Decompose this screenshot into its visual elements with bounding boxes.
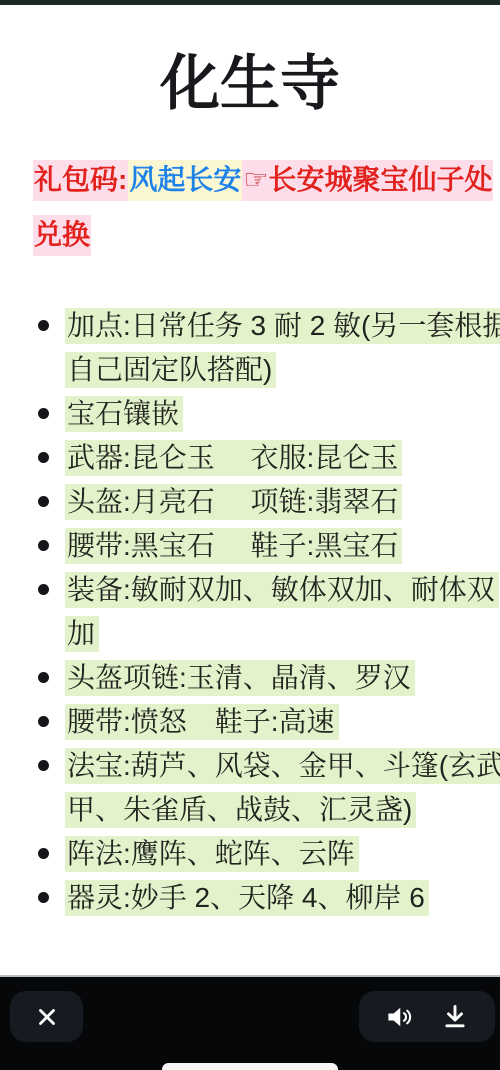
list-item: 宝石镶嵌 [38,392,500,436]
list-item: 头盔项链:玉清、晶清、罗汉 [38,656,500,700]
list-item-line: 头盔:月亮石 项链:翡翠石 [65,484,402,520]
list-item-line: 加点:日常任务 3 耐 2 敏(另一套根据 [65,308,500,344]
list-item: 法宝:葫芦、风袋、金甲、斗篷(玄武甲、朱雀盾、战鼓、汇灵盏) [38,744,500,832]
list-item-line: 甲、朱雀盾、战鼓、汇灵盏) [65,792,416,828]
volume-icon[interactable] [384,1002,414,1032]
list-item: 装备:敏耐双加、敏体双加、耐体双加 [38,568,500,656]
list-item: 腰带:愤怒 鞋子:高速 [38,700,500,744]
list-item-line: 武器:昆仑玉 衣服:昆仑玉 [65,440,402,476]
list-item-line: 法宝:葫芦、风袋、金甲、斗篷(玄武 [65,748,500,784]
gift-code-line-1: 礼包码:风起长安☞长安城聚宝仙子处 [33,152,500,207]
gift-code-location: 长安城聚宝仙子处 [268,164,492,195]
close-icon [34,1004,60,1030]
close-button[interactable] [10,991,83,1042]
list-item: 武器:昆仑玉 衣服:昆仑玉 [38,436,500,480]
screenshot-root: 化生寺 礼包码:风起长安☞长安城聚宝仙子处 兑换 加点:日常任务 3 耐 2 敏… [0,0,500,1070]
list-item-line: 头盔项链:玉清、晶清、罗汉 [65,660,415,696]
bottom-bar [0,975,500,1070]
list-item-line: 装备:敏耐双加、敏体双加、耐体双 [65,572,499,608]
list-item: 加点:日常任务 3 耐 2 敏(另一套根据自己固定队搭配) [38,304,500,392]
list-item: 阵法:鹰阵、蛇阵、云阵 [38,832,500,876]
list-item: 腰带:黑宝石 鞋子:黑宝石 [38,524,500,568]
pointing-hand-icon: ☞ [243,164,268,195]
content-area: 化生寺 礼包码:风起长安☞长安城聚宝仙子处 兑换 加点:日常任务 3 耐 2 敏… [0,5,500,920]
list-item-line: 阵法:鹰阵、蛇阵、云阵 [65,836,359,872]
gift-code-label: 礼包码: [33,160,128,201]
gift-code-value: 风起长安 [128,160,242,201]
gift-code-note: 礼包码:风起长安☞长安城聚宝仙子处 兑换 [33,152,500,262]
list-item-line: 宝石镶嵌 [65,396,183,432]
gift-code-redeem: 兑换 [33,215,91,256]
list-item-line: 腰带:黑宝石 鞋子:黑宝石 [65,528,402,564]
download-icon[interactable] [440,1002,470,1032]
media-controls [359,991,495,1042]
list-item-line: 器灵:妙手 2、天降 4、柳岸 6 [65,880,429,916]
list-item-line: 加 [65,616,99,652]
gift-code-line-2: 兑换 [33,207,500,262]
notes-list: 加点:日常任务 3 耐 2 敏(另一套根据自己固定队搭配)宝石镶嵌武器:昆仑玉 … [0,304,500,920]
list-item: 器灵:妙手 2、天降 4、柳岸 6 [38,876,500,920]
home-indicator[interactable] [162,1063,338,1070]
page-title: 化生寺 [0,49,500,119]
list-item: 头盔:月亮石 项链:翡翠石 [38,480,500,524]
list-item-line: 腰带:愤怒 鞋子:高速 [65,704,339,740]
list-item-line: 自己固定队搭配) [65,352,276,388]
